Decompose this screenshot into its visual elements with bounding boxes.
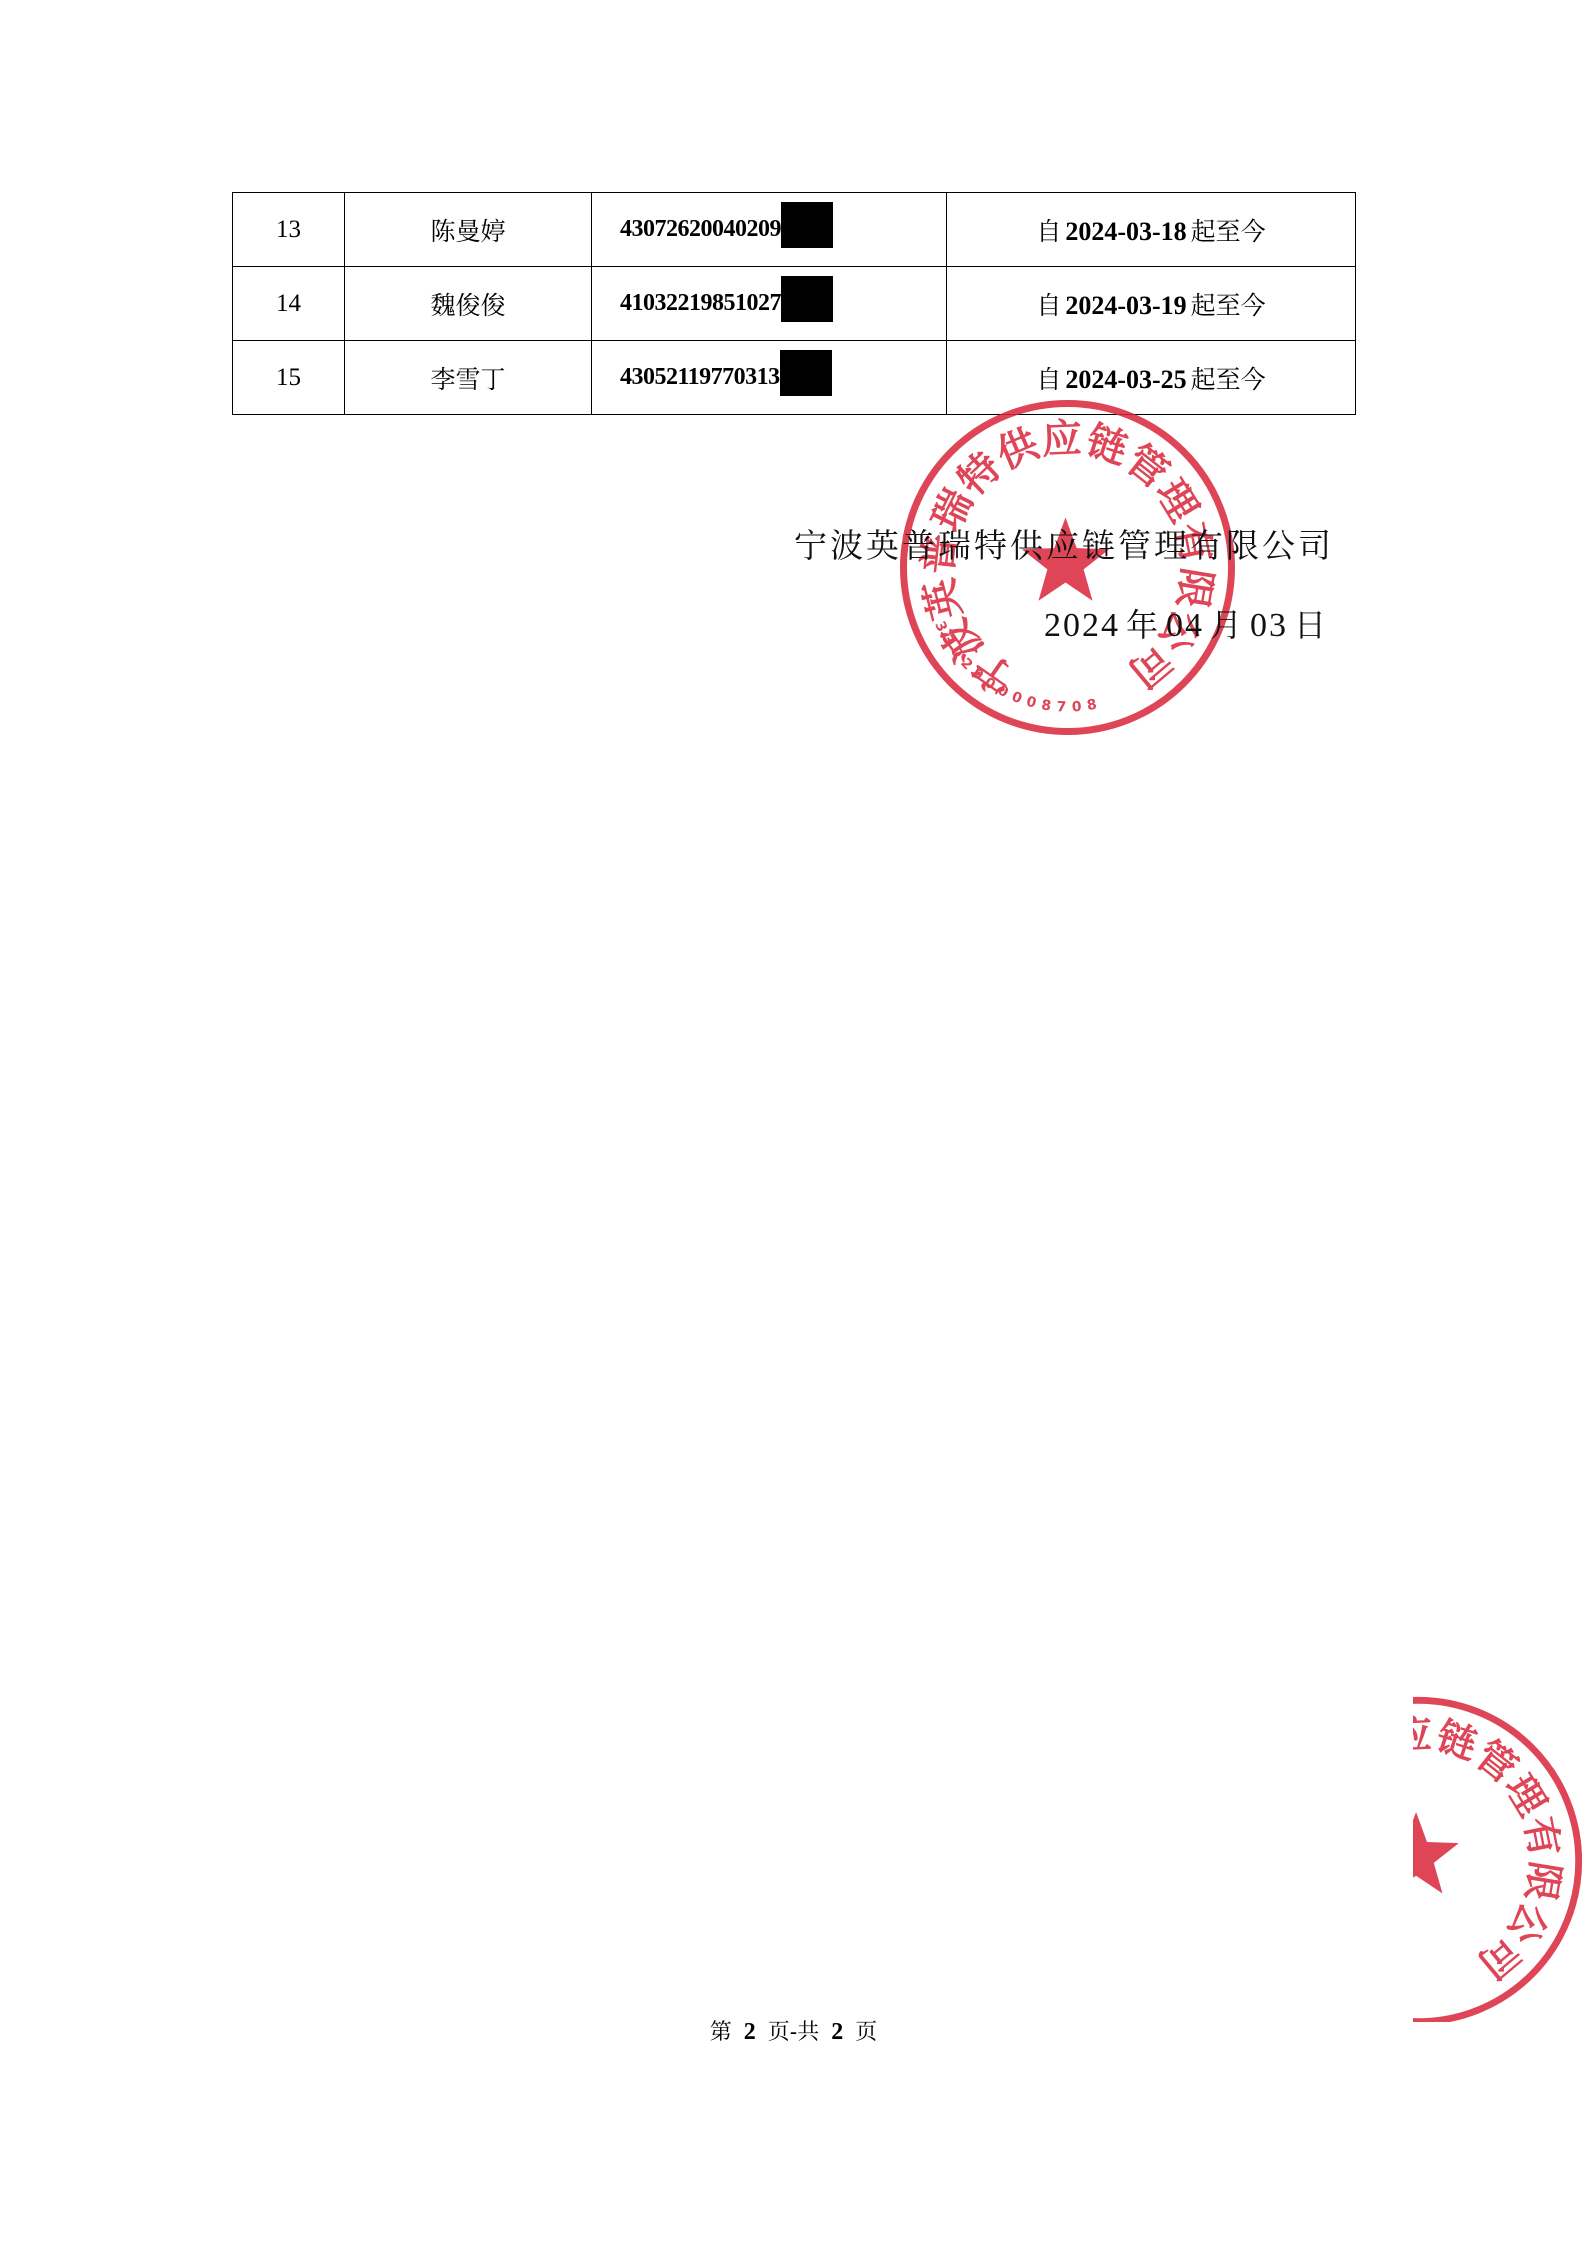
seam-seal: 宁波英普瑞特供应链管理有限公司 [1413, 1692, 1587, 2022]
redaction-block [780, 350, 832, 396]
employment-period: 自2024-03-19起至今 [947, 267, 1356, 341]
row-number: 15 [233, 341, 345, 415]
svg-text:0: 0 [1071, 699, 1082, 716]
company-seal: 宁波英普瑞特供应链管理有限公司3302900008708 [895, 395, 1240, 740]
id-number: 41032219851027 [592, 267, 947, 341]
employee-table: 13陈曼婷43072620040209自2024-03-18起至今14魏俊俊41… [232, 192, 1356, 415]
svg-text:0: 0 [1025, 694, 1039, 712]
table-row: 13陈曼婷43072620040209自2024-03-18起至今 [233, 193, 1356, 267]
employment-period: 自2024-03-18起至今 [947, 193, 1356, 267]
svg-text:限: 限 [1516, 1858, 1567, 1904]
current-page-number: 2 [744, 2019, 756, 2045]
row-number: 14 [233, 267, 345, 341]
row-number: 13 [233, 193, 345, 267]
table-row: 14魏俊俊41032219851027自2024-03-19起至今 [233, 267, 1356, 341]
id-number: 43072620040209 [592, 193, 947, 267]
employee-name: 陈曼婷 [345, 193, 592, 267]
svg-text:应: 应 [1413, 1712, 1433, 1759]
star-icon [1413, 1812, 1459, 1894]
page-footer: 第2页-共2页 [0, 2015, 1587, 2046]
svg-text:8: 8 [1040, 697, 1052, 714]
employee-name: 魏俊俊 [345, 267, 592, 341]
svg-text:应: 应 [1041, 416, 1083, 464]
total-page-number: 2 [831, 2019, 843, 2045]
svg-text:8: 8 [1086, 697, 1098, 714]
redaction-block [781, 202, 833, 248]
signature-date: 2024年04月03日 [1044, 600, 1334, 646]
svg-text:0: 0 [1009, 689, 1024, 708]
id-number: 43052119770313 [592, 341, 947, 415]
employee-name: 李雪丁 [345, 341, 592, 415]
document-page: 13陈曼婷43072620040209自2024-03-18起至今14魏俊俊41… [0, 0, 1587, 2245]
company-name: 宁波英普瑞特供应链管理有限公司 [794, 520, 1334, 567]
svg-text:7: 7 [1056, 699, 1066, 715]
redaction-block [781, 276, 833, 322]
svg-text:有: 有 [1515, 1813, 1567, 1860]
